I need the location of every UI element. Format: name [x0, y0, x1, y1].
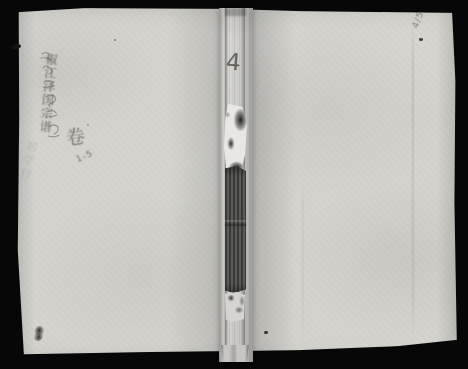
spine-top-seam [225, 8, 246, 16]
handwritten-volume-character: 卷 [60, 125, 89, 148]
worn-spine-patch [225, 292, 245, 322]
dust-speck [419, 38, 423, 41]
dust-speck [114, 39, 116, 41]
spine-tail-end [221, 345, 249, 362]
thread-highlight-line [225, 220, 246, 222]
photo-of-book: 椒江泽国宗谱 卷 1-5 初学行 4/5 4 [0, 0, 468, 369]
handwritten-volume-range: 1-5 [75, 149, 95, 165]
book-spine: 4 [219, 8, 253, 362]
dust-speck [264, 331, 268, 334]
right-edge-shading [436, 0, 458, 369]
cover-crease [412, 14, 414, 342]
spine-shadow-right [252, 0, 296, 369]
torn-paper-patch [224, 104, 247, 176]
spine-volume-number: 4 [225, 50, 241, 77]
pencil-corner-note: 4/5 [411, 10, 427, 30]
dust-speck [87, 124, 89, 126]
spine-shadow-left [168, 0, 220, 369]
exposed-binding-threads [225, 166, 246, 293]
faint-signature-scribble: 初学行 [12, 139, 40, 199]
thread-seam-line [225, 224, 246, 226]
cover-crease [302, 180, 304, 348]
